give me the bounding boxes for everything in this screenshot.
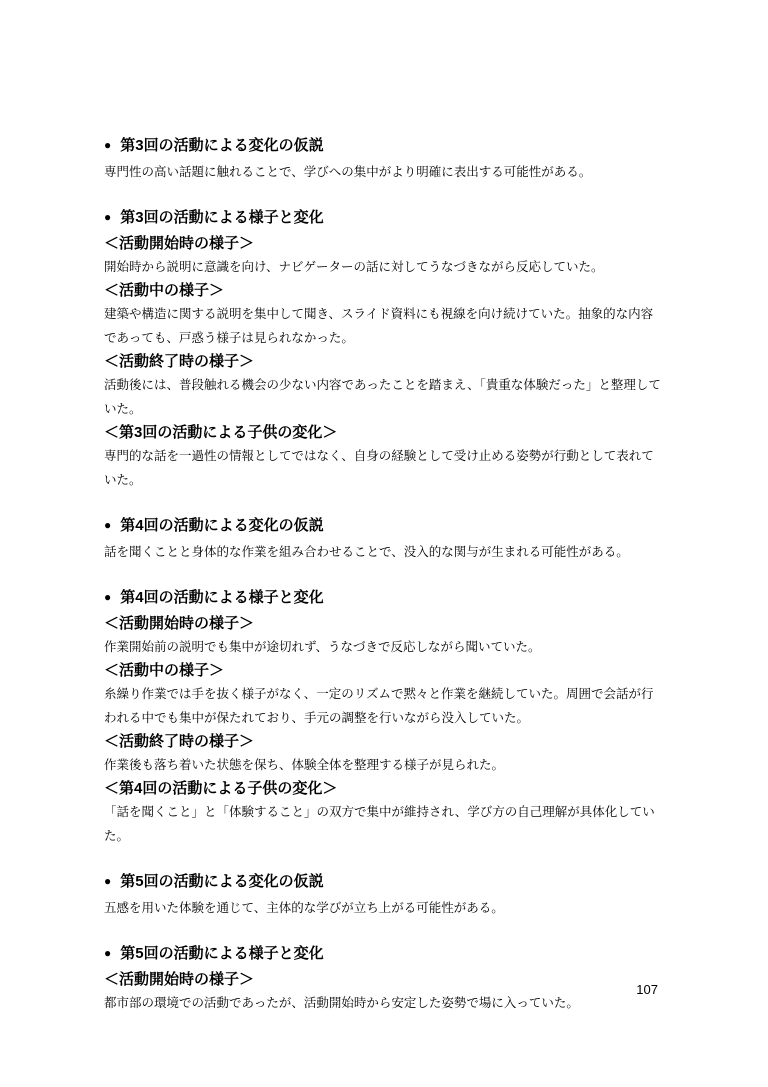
sub-heading: ＜活動開始時の様子＞	[104, 968, 661, 991]
bullet-heading-text: 第5回の活動による変化の仮説	[120, 869, 323, 894]
bullet-heading-text: 第4回の活動による様子と変化	[120, 585, 323, 610]
sub-heading: ＜活動中の様子＞	[104, 279, 661, 302]
bullet-icon: ●	[104, 513, 111, 538]
paragraph: 専門的な話を一過性の情報としてではなく、自身の経験として受け止める姿勢が行動とし…	[104, 444, 661, 492]
sub-heading: ＜活動終了時の様子＞	[104, 730, 661, 753]
paragraph: 「話を聞くこと」と「体験すること」の双方で集中が維持され、学び方の自己理解が具体…	[104, 800, 661, 848]
sub-heading: ＜活動開始時の様子＞	[104, 232, 661, 255]
page-number: 107	[636, 982, 658, 998]
paragraph: 作業後も落ち着いた状態を保ち、体験全体を整理する様子が見られた。	[104, 753, 661, 777]
bullet-heading-text: 第3回の活動による変化の仮説	[120, 133, 323, 158]
sub-heading: ＜第3回の活動による子供の変化＞	[104, 421, 661, 444]
sub-heading: ＜活動中の様子＞	[104, 659, 661, 682]
bullet-heading-text: 第3回の活動による様子と変化	[120, 205, 323, 230]
bullet-heading: ●第4回の活動による様子と変化	[104, 585, 661, 610]
bullet-heading-text: 第4回の活動による変化の仮説	[120, 513, 323, 538]
bullet-icon: ●	[104, 941, 111, 966]
bullet-icon: ●	[104, 133, 111, 158]
bullet-heading: ●第3回の活動による様子と変化	[104, 205, 661, 230]
document-content: ●第3回の活動による変化の仮説専門性の高い話題に触れることで、学びへの集中がより…	[104, 112, 661, 1015]
bullet-heading: ●第4回の活動による変化の仮説	[104, 513, 661, 538]
bullet-heading-text: 第5回の活動による様子と変化	[120, 941, 323, 966]
paragraph: 作業開始前の説明でも集中が途切れず、うなづきで反応しながら聞いていた。	[104, 635, 661, 659]
document-page: ●第3回の活動による変化の仮説専門性の高い話題に触れることで、学びへの集中がより…	[0, 0, 768, 1087]
bullet-icon: ●	[104, 205, 111, 230]
sub-heading: ＜活動終了時の様子＞	[104, 350, 661, 373]
paragraph: 建築や構造に関する説明を集中して聞き、スライド資料にも視線を向け続けていた。抽象…	[104, 302, 661, 350]
bullet-heading: ●第5回の活動による様子と変化	[104, 941, 661, 966]
bullet-heading: ●第5回の活動による変化の仮説	[104, 869, 661, 894]
bullet-icon: ●	[104, 869, 111, 894]
paragraph: 専門性の高い話題に触れることで、学びへの集中がより明確に表出する可能性がある。	[104, 160, 661, 184]
bullet-icon: ●	[104, 585, 111, 610]
paragraph: 活動後には、普段触れる機会の少ない内容であったことを踏まえ、「貴重な体験だった」…	[104, 373, 661, 421]
sub-heading: ＜第4回の活動による子供の変化＞	[104, 777, 661, 800]
paragraph: 開始時から説明に意識を向け、ナビゲーターの話に対してうなづきながら反応していた。	[104, 255, 661, 279]
paragraph: 話を聞くことと身体的な作業を組み合わせることで、没入的な関与が生まれる可能性があ…	[104, 540, 661, 564]
sub-heading: ＜活動開始時の様子＞	[104, 612, 661, 635]
bullet-heading: ●第3回の活動による変化の仮説	[104, 133, 661, 158]
paragraph: 五感を用いた体験を通じて、主体的な学びが立ち上がる可能性がある。	[104, 896, 661, 920]
paragraph: 都市部の環境での活動であったが、活動開始時から安定した姿勢で場に入っていた。	[104, 991, 661, 1015]
paragraph: 糸繰り作業では手を抜く様子がなく、一定のリズムで黙々と作業を継続していた。周囲で…	[104, 682, 661, 730]
